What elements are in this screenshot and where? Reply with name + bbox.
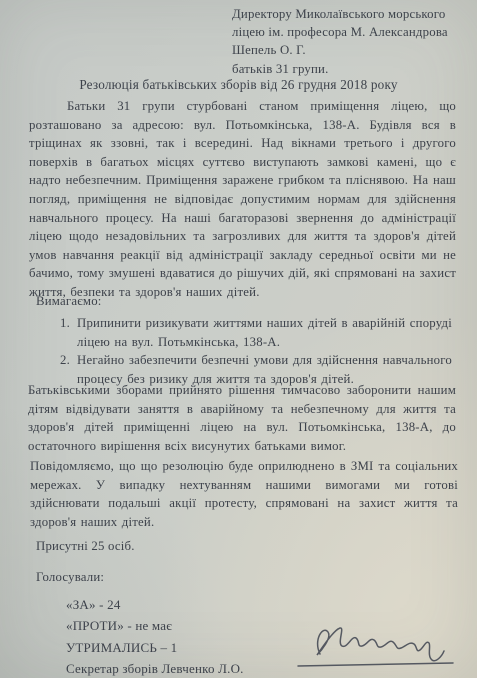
signature-stroke [317,628,444,661]
vote-result-abstained: УТРИМАЛИСЬ – 1 [66,637,244,658]
notice-paragraph: Повідомляємо, що що резолюцію буде оприл… [30,457,458,531]
addressee-line: ліцею ім. професора М. Александрова [232,23,466,41]
vote-results-block: «ЗА» - 24 «ПРОТИ» - не має УТРИМАЛИСЬ – … [66,594,244,678]
demand-number: 1. [60,314,77,351]
demand-item: 1. Припинити ризикувати життями наших ді… [60,314,452,351]
addressee-line: Директору Миколаївського морського [232,5,466,23]
vote-result-for: «ЗА» - 24 [66,594,244,615]
demands-list: 1. Припинити ризикувати життями наших ді… [60,314,452,388]
vote-result-against: «ПРОТИ» - не має [66,615,244,636]
addressee-block: Директору Миколаївського морського ліцею… [232,5,466,78]
document-title: Резолюція батьківських зборів від 26 гру… [0,77,477,93]
signature-underline [298,663,453,666]
demands-heading: Вимагаємо: [36,294,102,309]
addressee-line: батьків 31 групи. [232,60,466,78]
addressee-line: Шепель О. Г. [232,41,466,59]
attendance-line: Присутні 25 осіб. [36,539,135,554]
intro-paragraph: Батьки 31 групи стурбовані станом приміщ… [29,97,456,302]
secretary-line: Секретар зборів Левченко Л.О. [66,658,244,678]
demand-text: Припинити ризикувати життями наших дітей… [77,314,452,351]
document-photo: Директору Миколаївського морського ліцею… [0,0,477,678]
handwritten-signature [290,620,462,672]
decision-paragraph: Батьківськими зборами прийнято рішення т… [28,381,456,455]
voting-heading: Голосували: [36,570,104,585]
